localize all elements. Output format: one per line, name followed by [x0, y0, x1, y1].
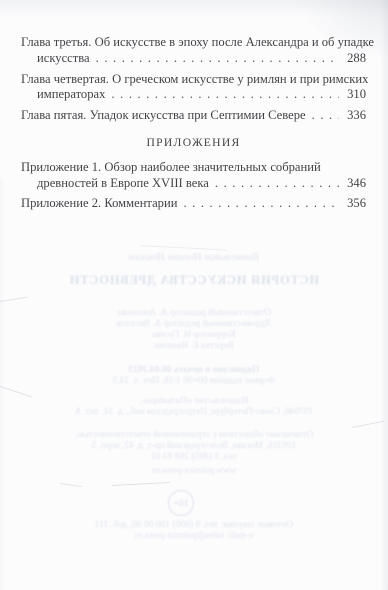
showthrough-line: Ответственный редактор А. Антонова: [0, 308, 388, 319]
crease-mark: [60, 483, 82, 487]
toc-entry-text: Приложение 2. Комментарии: [21, 196, 177, 212]
toc-entry: Глава четвертая. О греческом искусстве у…: [21, 72, 366, 104]
showthrough-title: ИСТОРИЯ ИСКУССТВА ДРЕВНОСТИ: [0, 273, 388, 288]
showthrough-line: e-mail: sales@palmira-press.ru: [0, 531, 388, 542]
toc-entry-text-cont: императорах: [37, 87, 105, 103]
toc-page-number: 346: [347, 176, 366, 192]
toc-entry-text: Приложение 1. Обзор наиболее значительны…: [21, 160, 366, 176]
showthrough-author: Винкельман Иоганн Иоахим: [0, 251, 388, 263]
showthrough-line: Оптовые закупки: тел. 8 (800) 100 00 00,…: [0, 520, 388, 531]
showthrough-line: Подписано в печать 06.04.2023: [0, 365, 388, 376]
showthrough-line: Издательство «Пальмира»,: [0, 396, 388, 407]
toc-entry-text: Глава четвертая. О греческом искусстве у…: [21, 72, 366, 88]
showthrough-line: 197046, Санкт-Петербург, Петроградская н…: [0, 407, 388, 418]
showthrough-line: Верстка Е. Иванова: [0, 341, 388, 352]
toc-page-number: 310: [347, 87, 366, 103]
showthrough-line: Отпечатано обществом с ограниченной отве…: [0, 430, 388, 441]
dot-leader: [111, 87, 339, 103]
showthrough-line: 109316, Москва, Волгоградский пр-т, д. 4…: [0, 441, 388, 452]
table-of-contents: Глава третья. Об искусстве в эпоху после…: [21, 35, 366, 217]
crease-mark: [140, 245, 228, 251]
page-right-shadow: [380, 0, 388, 590]
crease-mark: [112, 482, 170, 486]
toc-entry: Глава третья. Об искусстве в эпоху после…: [21, 35, 366, 67]
crease-mark: [0, 386, 32, 397]
crease-mark: [0, 297, 28, 302]
showthrough-line: тел. 8 (495) 268 83 01: [0, 452, 388, 463]
page-left-shadow: [0, 180, 5, 590]
showthrough-line: Корректор Н. Гусева: [0, 330, 388, 341]
toc-entry: Глава пятая. Упадок искусства при Септим…: [21, 108, 366, 124]
toc-entry-text: Глава пятая. Упадок искусства при Септим…: [21, 108, 306, 124]
page-top-shadow: [0, 0, 388, 16]
appendices-section-header: ПРИЛОЖЕНИЯ: [21, 135, 366, 151]
dot-leader: [312, 108, 339, 124]
toc-entry-appendix: Приложение 1. Обзор наиболее значительны…: [21, 160, 366, 192]
toc-entry-text: Глава третья. Об искусстве в эпоху после…: [21, 35, 366, 51]
toc-page-number: 356: [347, 196, 366, 212]
toc-page-number: 288: [347, 51, 366, 67]
age-rating-badge: 16+: [168, 490, 194, 516]
toc-entry-text-cont: искусства: [37, 51, 90, 67]
dot-leader: [215, 176, 339, 192]
toc-entry-appendix: Приложение 2. Комментарии 356: [21, 196, 366, 212]
crease-mark: [352, 421, 385, 428]
dot-leader: [96, 51, 339, 67]
showthrough-line: Художественный редактор А. Веселов: [0, 319, 388, 330]
book-page: Глава третья. Об искусстве в эпоху после…: [0, 0, 388, 590]
showthrough-line: Формат издания 60×90 1/16. Печ. л. 24,5: [0, 376, 388, 387]
dot-leader: [183, 196, 339, 212]
showthrough-line: www.palmira-press.ru: [0, 466, 388, 477]
toc-entry-text-cont: древностей в Европе XVIII века: [37, 176, 209, 192]
toc-page-number: 336: [347, 108, 366, 124]
